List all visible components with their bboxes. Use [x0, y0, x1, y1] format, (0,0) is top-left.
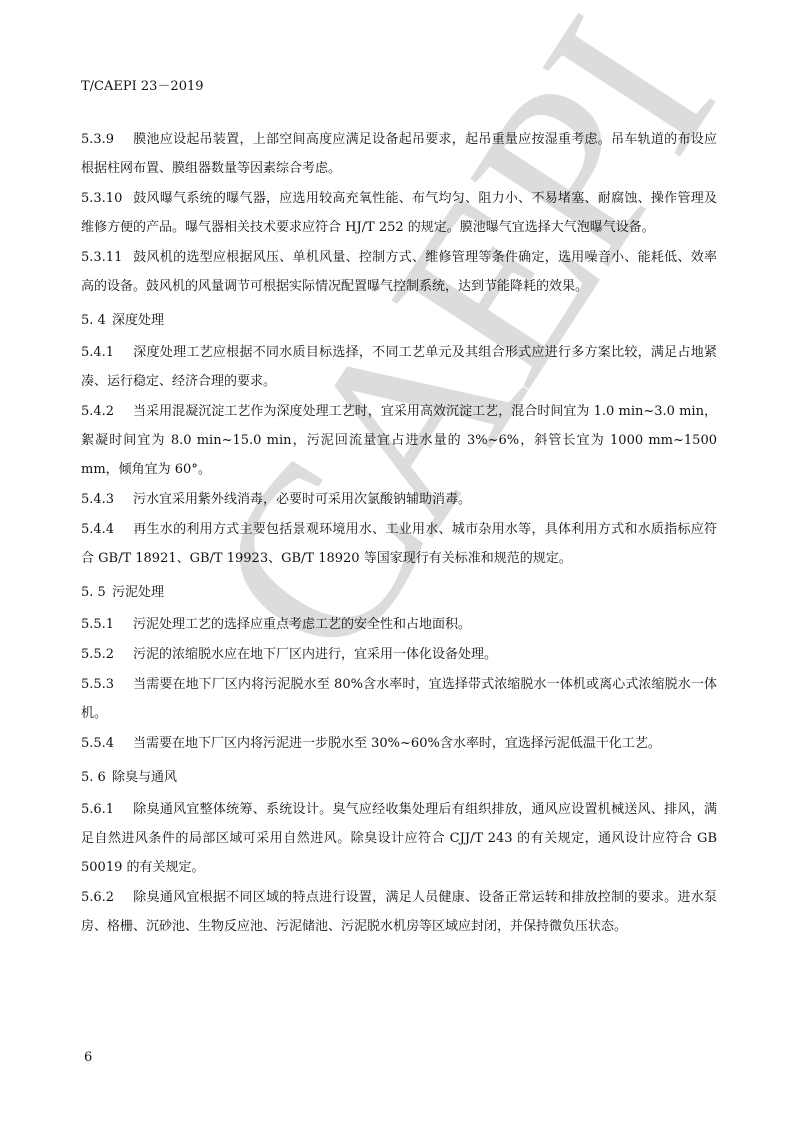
page-number: 6 [84, 1050, 92, 1065]
clause-5-6-2: 5.6.2除臭通风宜根据不同区域的特点进行设置，满足人员健康、设备正常运转和排放… [81, 883, 717, 941]
section-title: 深度处理 [112, 313, 164, 328]
section-title: 除臭与通风 [112, 770, 177, 785]
clause-5-6-1: 5.6.1除臭通风宜整体统筹、系统设计。臭气应经收集处理后有组织排放，通风应设置… [81, 795, 717, 882]
clause-5-3-10: 5.3.10鼓风曝气系统的曝气器，应选用较高充氧性能、布气均匀、阻力小、不易堵塞… [81, 184, 717, 242]
document-page: CAEPI T/CAEPI 23－2019 5.3.9膜池应设起吊装置，上部空间… [0, 0, 794, 1123]
clause-text: 深度处理工艺应根据不同水质目标选择，不同工艺单元及其组合形式应进行多方案比较，满… [81, 345, 717, 389]
clause-5-3-11: 5.3.11鼓风机的选型应根据风压、单机风量、控制方式、维修管理等条件确定，选用… [81, 243, 717, 301]
clause-5-4-3: 5.4.3污水宜采用紫外线消毒，必要时可采用次氯酸钠辅助消毒。 [81, 485, 717, 514]
clause-number: 5.3.11 [81, 243, 133, 272]
clause-number: 5.4.3 [81, 485, 133, 514]
clause-5-5-2: 5.5.2污泥的浓缩脱水应在地下厂区内进行，宜采用一体化设备处理。 [81, 640, 717, 669]
clause-5-4-4: 5.4.4再生水的利用方式主要包括景观环境用水、工业用水、城市杂用水等，具体利用… [81, 515, 717, 573]
clause-text: 污泥处理工艺的选择应重点考虑工艺的安全性和占地面积。 [133, 617, 471, 632]
clause-text: 鼓风曝气系统的曝气器，应选用较高充氧性能、布气均匀、阻力小、不易堵塞、耐腐蚀、操… [81, 191, 717, 235]
clause-text: 污水宜采用紫外线消毒，必要时可采用次氯酸钠辅助消毒。 [133, 492, 471, 507]
section-number: 5. 6 [81, 763, 112, 792]
clause-text: 当需要在地下厂区内将污泥进一步脱水至 30%~60%含水率时，宜选择污泥低温干化… [133, 736, 661, 751]
clause-number: 5.3.10 [81, 184, 133, 213]
clause-5-3-9: 5.3.9膜池应设起吊装置，上部空间高度应满足设备起吊要求，起吊重量应按湿重考虑… [81, 125, 717, 183]
clause-number: 5.4.1 [81, 338, 133, 367]
standard-code-header: T/CAEPI 23－2019 [81, 75, 204, 94]
clause-text: 再生水的利用方式主要包括景观环境用水、工业用水、城市杂用水等，具体利用方式和水质… [81, 522, 717, 566]
clause-5-5-1: 5.5.1污泥处理工艺的选择应重点考虑工艺的安全性和占地面积。 [81, 610, 717, 639]
clause-text: 当需要在地下厂区内将污泥脱水至 80%含水率时，宜选择带式浓缩脱水一体机或离心式… [81, 677, 717, 721]
clause-number: 5.4.2 [81, 397, 133, 426]
clause-text: 当采用混凝沉淀工艺作为深度处理工艺时，宜采用高效沉淀工艺，混合时间宜为 1.0 … [81, 404, 717, 477]
clause-text: 除臭通风宜根据不同区域的特点进行设置，满足人员健康、设备正常运转和排放控制的要求… [81, 890, 717, 934]
clause-text: 膜池应设起吊装置，上部空间高度应满足设备起吊要求，起吊重量应按湿重考虑。吊车轨道… [81, 132, 717, 176]
clause-number: 5.6.2 [81, 883, 133, 912]
clause-text: 除臭通风宜整体统筹、系统设计。臭气应经收集处理后有组织排放，通风应设置机械送风、… [81, 802, 717, 875]
clause-number: 5.3.9 [81, 125, 133, 154]
clause-5-5-4: 5.5.4当需要在地下厂区内将污泥进一步脱水至 30%~60%含水率时，宜选择污… [81, 729, 717, 758]
clause-text: 鼓风机的选型应根据风压、单机风量、控制方式、维修管理等条件确定，选用噪音小、能耗… [81, 250, 717, 294]
clause-number: 5.5.1 [81, 610, 133, 639]
clause-number: 5.6.1 [81, 795, 133, 824]
section-heading-5-5: 5. 5污泥处理 [81, 578, 717, 607]
section-heading-5-6: 5. 6除臭与通风 [81, 763, 717, 792]
clause-number: 5.5.3 [81, 670, 133, 699]
section-number: 5. 5 [81, 578, 112, 607]
clause-5-5-3: 5.5.3当需要在地下厂区内将污泥脱水至 80%含水率时，宜选择带式浓缩脱水一体… [81, 670, 717, 728]
clause-5-4-1: 5.4.1深度处理工艺应根据不同水质目标选择，不同工艺单元及其组合形式应进行多方… [81, 338, 717, 396]
document-body: 5.3.9膜池应设起吊装置，上部空间高度应满足设备起吊要求，起吊重量应按湿重考虑… [81, 125, 717, 941]
clause-5-4-2: 5.4.2当采用混凝沉淀工艺作为深度处理工艺时，宜采用高效沉淀工艺，混合时间宜为… [81, 397, 717, 484]
clause-number: 5.4.4 [81, 515, 133, 544]
clause-number: 5.5.2 [81, 640, 133, 669]
section-title: 污泥处理 [112, 585, 164, 600]
clause-number: 5.5.4 [81, 729, 133, 758]
clause-text: 污泥的浓缩脱水应在地下厂区内进行，宜采用一体化设备处理。 [133, 647, 497, 662]
section-number: 5. 4 [81, 306, 112, 335]
section-heading-5-4: 5. 4深度处理 [81, 306, 717, 335]
